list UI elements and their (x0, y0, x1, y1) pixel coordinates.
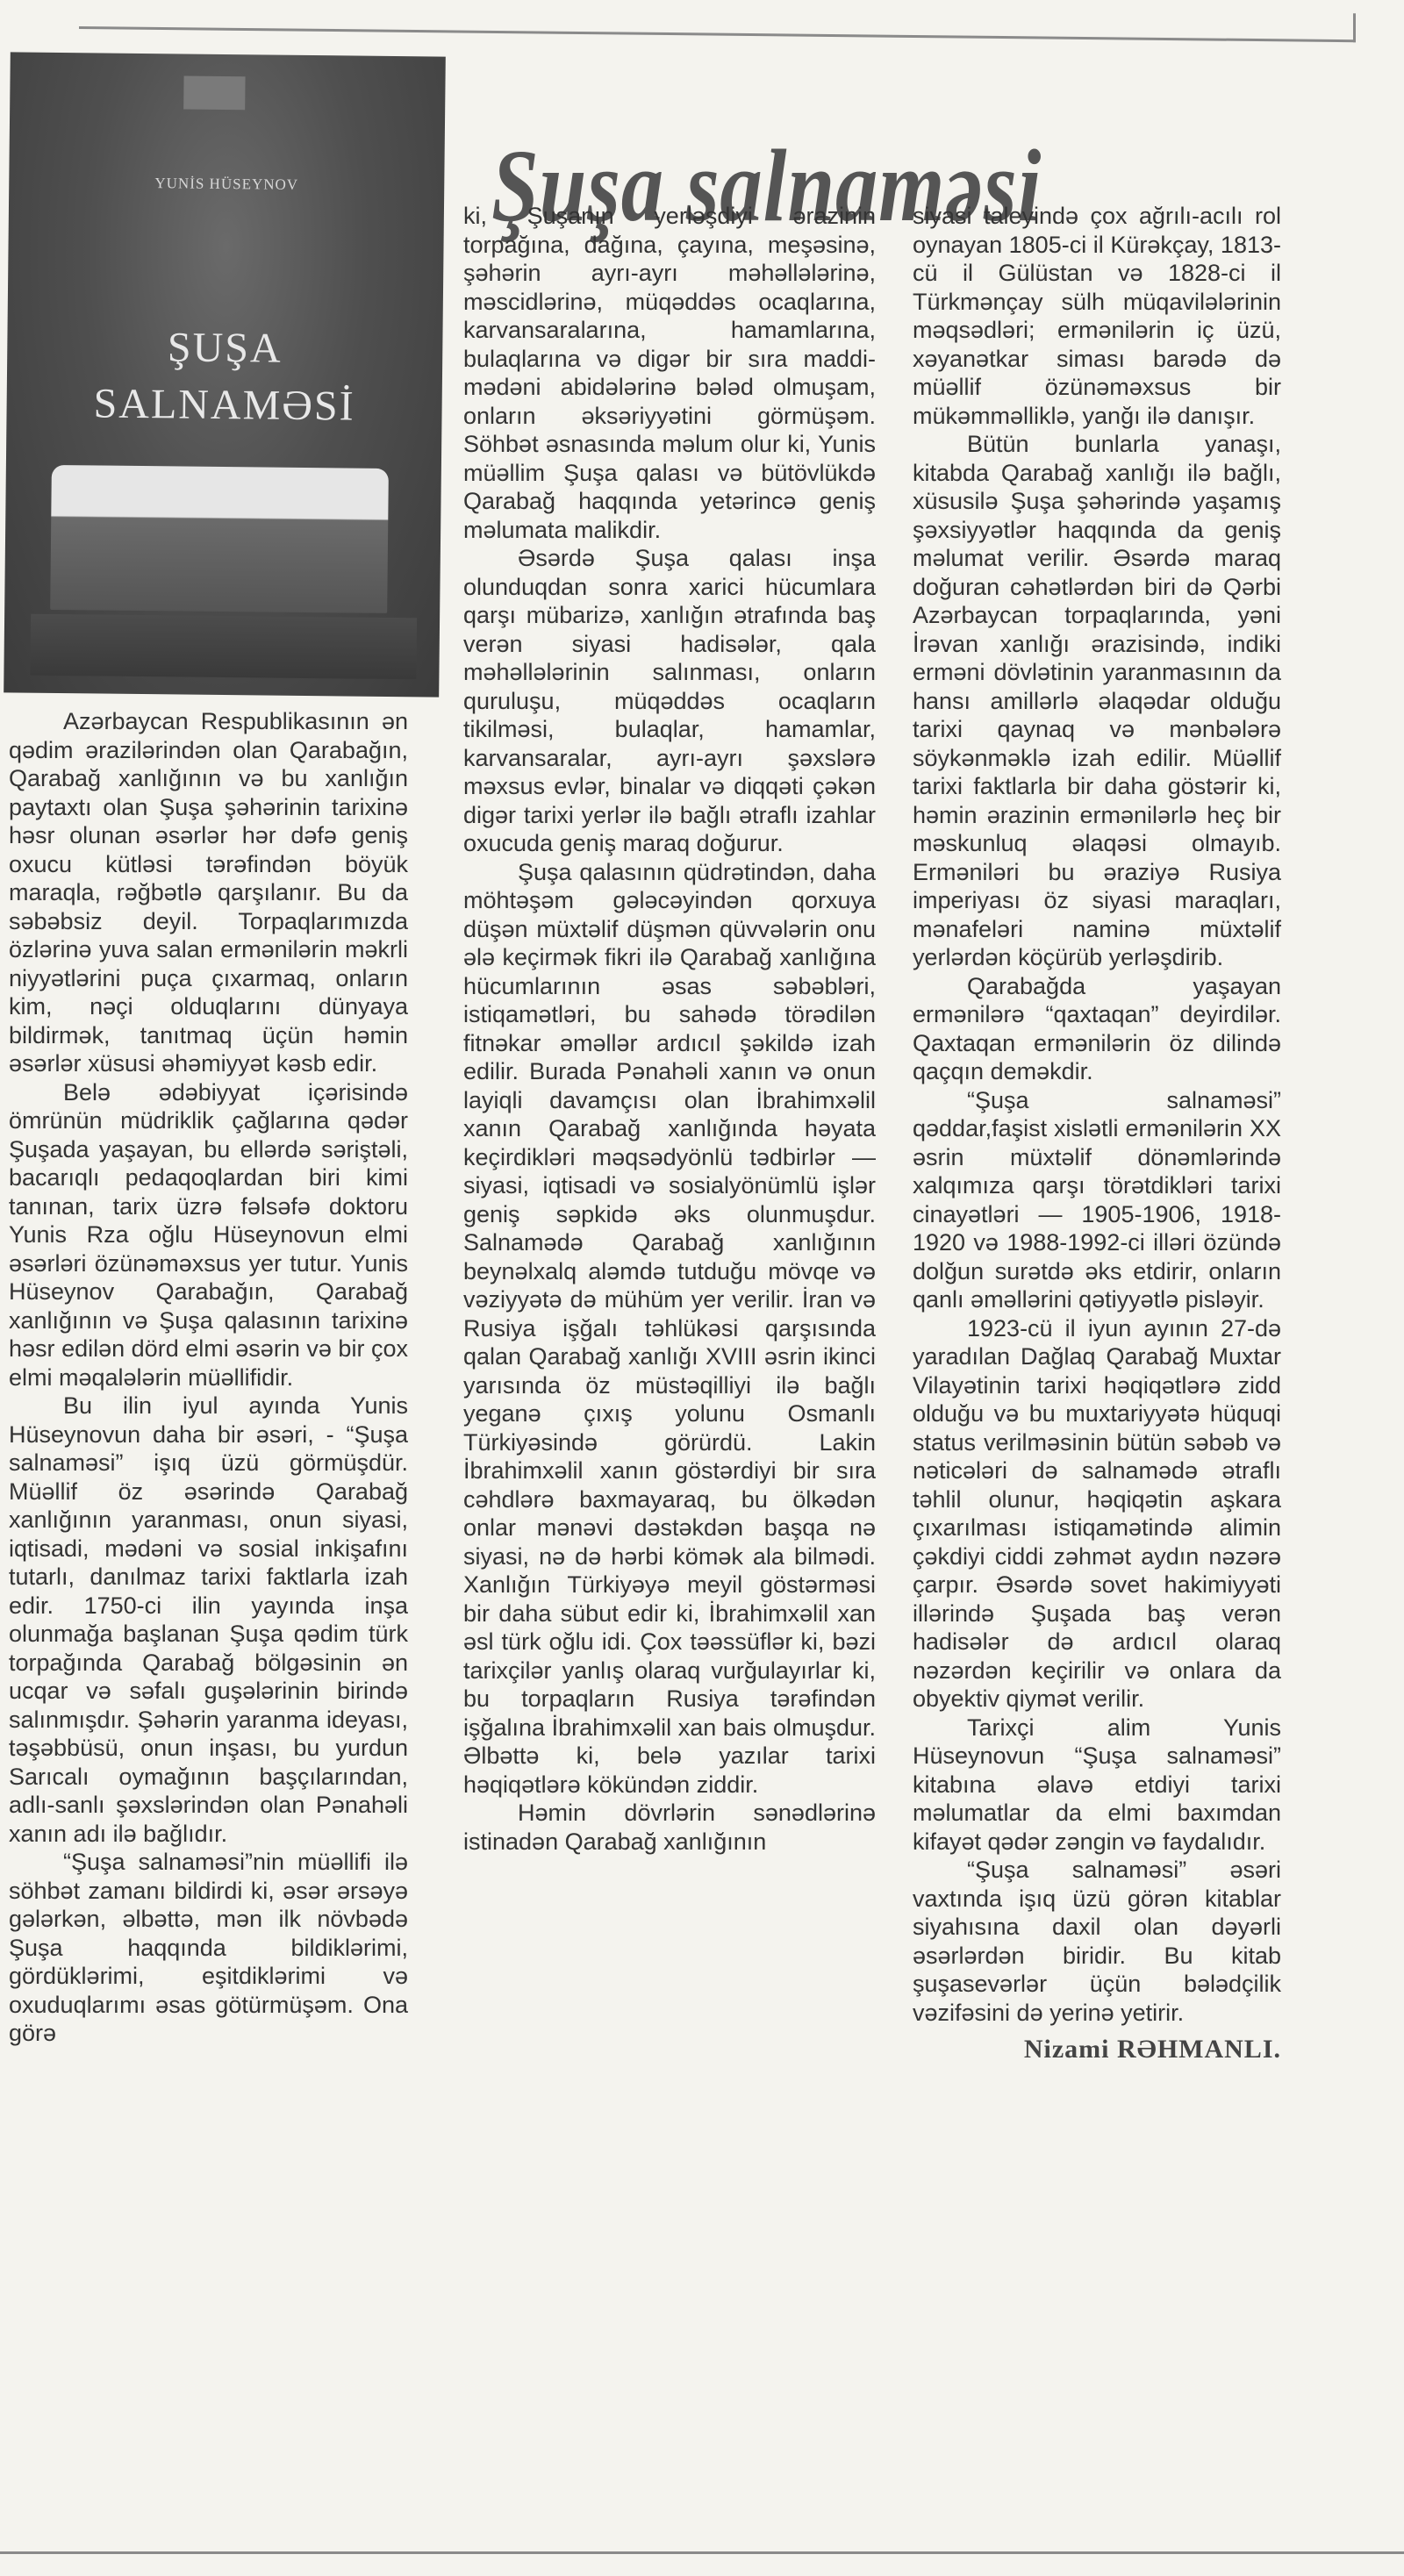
cover-ground (30, 614, 417, 680)
cover-author: YUNİS HÜSEYNOV (9, 173, 444, 195)
paragraph: Belə ədəbiyyat içərisində ömrünün müdrik… (9, 1078, 408, 1392)
column-middle: ki, Şuşanın yerləşdiyi ərazinin torpağın… (463, 202, 876, 1856)
paragraph: siyasi taleyində çox ağrılı-acılı rol oy… (913, 202, 1281, 430)
fortress-photo (50, 465, 389, 613)
flag-icon (183, 75, 245, 110)
paragraph: Bütün bunlarla yanaşı, kitabda Qarabağ x… (913, 430, 1281, 972)
paragraph: Şuşa qalasının qüdrətindən, daha möhtəşə… (463, 858, 876, 1800)
cover-title-line1: ŞUŞA (7, 319, 443, 376)
paragraph: Qarabağda yaşayan ermənilərə “qaxtaqan” … (913, 972, 1281, 1086)
paragraph: “Şuşa salnaməsi”nin müəllifi ilə söhbət … (9, 1848, 408, 2048)
paragraph: ki, Şuşanın yerləşdiyi ərazinin torpağın… (463, 202, 876, 544)
paragraph: “Şuşa salnaməsi” əsəri vaxtında işıq üzü… (913, 1856, 1281, 2027)
paragraph: Tarixçi alim Yunis Hüseynovun “Şuşa saln… (913, 1714, 1281, 1857)
paragraph: 1923-cü il iyun ayının 27-də yaradılan D… (913, 1314, 1281, 1714)
column-left: Azərbaycan Respublikasının ən qədim əraz… (9, 707, 408, 2048)
cover-title-line2: SALNAMƏSİ (6, 376, 442, 433)
paragraph: “Şuşa salnaməsi” qəddar,faşist xislətli … (913, 1086, 1281, 1314)
column-right: siyasi taleyində çox ağrılı-acılı rol oy… (913, 202, 1281, 2064)
paragraph: Əsərdə Şuşa qalası inşa olunduqdan sonra… (463, 544, 876, 858)
book-cover-image: YUNİS HÜSEYNOV ŞUŞA SALNAMƏSİ (4, 52, 446, 697)
paragraph: Həmin dövrlərin sənədlərinə istinadən Qa… (463, 1799, 876, 1856)
paragraph: Azərbaycan Respublikasının ən qədim əraz… (9, 707, 408, 1078)
top-border-rule (79, 0, 1356, 42)
bottom-border-rule (0, 2551, 1404, 2554)
paragraph: Bu ilin iyul ayında Yunis Hüseynovun dah… (9, 1392, 408, 1848)
author-byline: Nizami RƏHMANLI. (913, 2036, 1281, 2064)
